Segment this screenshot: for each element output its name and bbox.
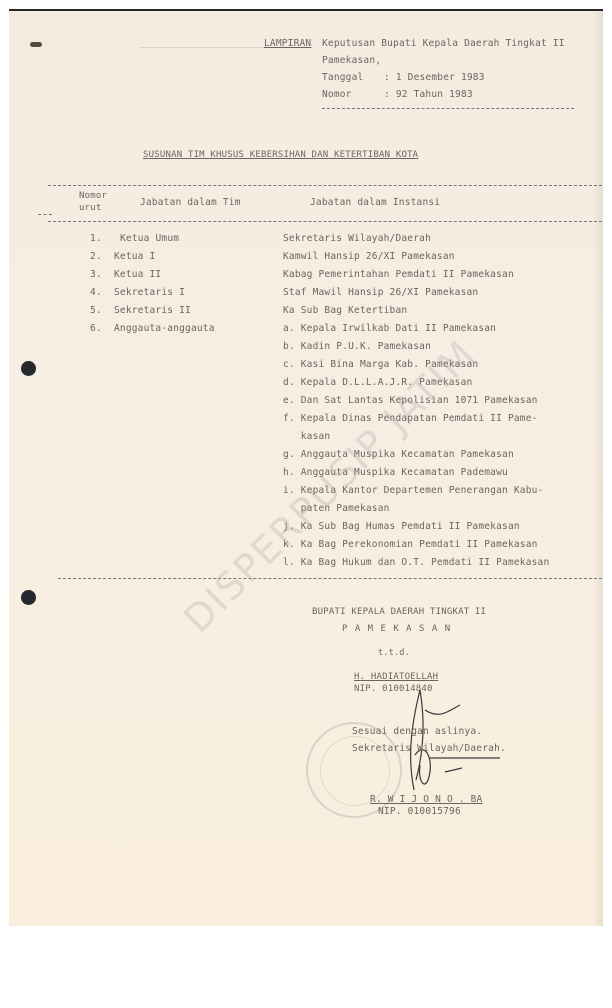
lampiran-label: LAMPIRAN [264, 38, 311, 49]
row-number: 3. [90, 269, 102, 280]
signature-place: P A M E K A S A N [342, 624, 451, 634]
anggota-item: l. Ka Bag Hukum dan O.T. Pemdati II Pame… [283, 557, 549, 568]
signatory-nip-2: NIP. 010015796 [378, 806, 461, 817]
sekretaris-text: Sekretaris Wilayah/Daerah. [352, 743, 506, 754]
signatory-name-2: R. W I J O N O . BA [370, 794, 482, 805]
punch-hole [21, 590, 36, 605]
header-rule [322, 108, 574, 109]
table-top-rule [48, 185, 602, 186]
tanggal-label: Tanggal [322, 72, 363, 83]
table-bottom-rule [58, 578, 602, 579]
header-jabatan-instansi: Jabatan dalam Instansi [310, 197, 440, 208]
row-number: 5. [90, 305, 102, 316]
header-jabatan-tim: Jabatan dalam Tim [140, 197, 241, 208]
anggota-item: kasan [283, 431, 330, 442]
sesuai-text: Sesuai dengan aslinya. [352, 726, 482, 737]
anggota-item: b. Kadin P.U.K. Pamekasan [283, 341, 431, 352]
lampiran-text-2: Pamekasan, [322, 55, 381, 66]
anggota-item: g. Anggauta Muspika Kecamatan Pamekasan [283, 449, 514, 460]
signature-title: BUPATI KEPALA DAERAH TINGKAT II [312, 607, 486, 617]
table-mark [38, 214, 52, 215]
page-title: SUSUNAN TIM KHUSUS KEBERSIHAN DAN KETERT… [143, 150, 418, 160]
tanggal-value: : 1 Desember 1983 [384, 72, 485, 83]
row-jabatan-instansi: Sekretaris Wilayah/Daerah [283, 233, 431, 244]
nomor-label: Nomor [322, 89, 352, 100]
table-header-rule [48, 221, 602, 222]
header-urut: urut [79, 203, 101, 213]
header-nomor: Nomor [79, 191, 107, 201]
row-jabatan-tim: Sekretaris I [114, 287, 185, 298]
row-jabatan-instansi: a. Kepala Irwilkab Dati II Pamekasan [283, 323, 496, 334]
row-jabatan-tim: Sekretaris II [114, 305, 191, 316]
header-leader-line [140, 47, 265, 48]
signature-ttd: t.t.d. [378, 648, 410, 658]
handwritten-signature [380, 680, 500, 800]
row-number: 4. [90, 287, 102, 298]
row-jabatan-tim: Ketua I [114, 251, 155, 262]
anggota-item: k. Ka Bag Perekonomian Pemdati II Pameka… [283, 539, 538, 550]
row-jabatan-instansi: Staf Mawil Hansip 26/XI Pamekasan [283, 287, 478, 298]
punch-hole [21, 361, 36, 376]
row-jabatan-tim: Anggauta-anggauta [114, 323, 215, 334]
row-jabatan-tim: Ketua Umum [120, 233, 179, 244]
row-number: 1. [90, 233, 102, 244]
row-jabatan-instansi: Kamwil Hansip 26/XI Pamekasan [283, 251, 455, 262]
nomor-value: : 92 Tahun 1983 [384, 89, 473, 100]
row-number: 6. [90, 323, 102, 334]
row-jabatan-instansi: Ka Sub Bag Ketertiban [283, 305, 407, 316]
row-number: 2. [90, 251, 102, 262]
ink-spot [30, 42, 42, 47]
row-jabatan-tim: Ketua II [114, 269, 161, 280]
row-jabatan-instansi: Kabag Pemerintahan Pemdati II Pamekasan [283, 269, 514, 280]
lampiran-text: Keputusan Bupati Kepala Daerah Tingkat I… [322, 38, 565, 49]
